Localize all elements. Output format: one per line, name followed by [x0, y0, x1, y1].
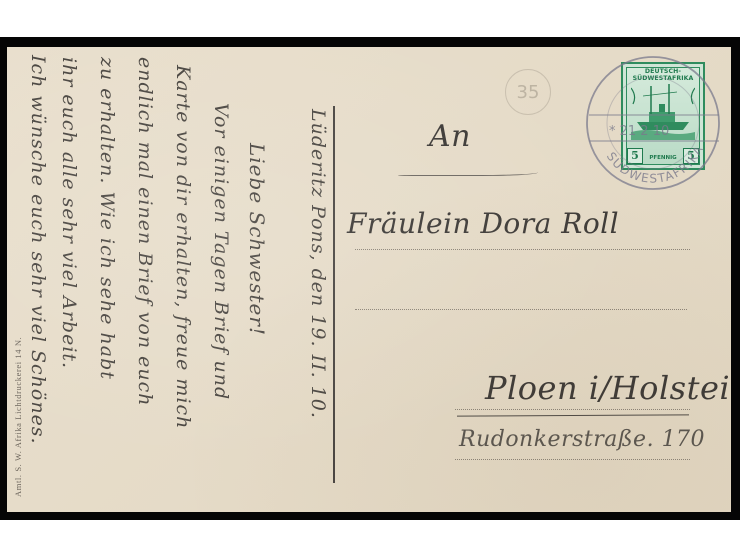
- message-greeting: Liebe Schwester!: [245, 143, 269, 336]
- stamp-value-left: 5: [627, 148, 643, 164]
- center-divider: [333, 106, 335, 483]
- pencil-note: 35: [505, 69, 551, 115]
- recipient-name: Fräulein Dora Roll: [347, 207, 619, 240]
- message-line: Vor einigen Tagen Brief und: [210, 103, 232, 400]
- publisher-imprint: Amtl. S. W. Afrika Lichtdruckerei 14 N.: [13, 337, 23, 497]
- address-line-2: [355, 309, 687, 310]
- recipient-city: Ploen i/Holstein: [485, 369, 731, 407]
- city-underline: [457, 414, 689, 416]
- message-line: Karte von dir erhalten, freue mich: [172, 65, 194, 429]
- stamp-denomination: PFENNIG: [643, 155, 683, 161]
- message-line: ihr euch alle sehr viel Arbeit.: [58, 57, 80, 369]
- message-line: endlich mal einen Brief von euch: [134, 57, 156, 407]
- address-line-1: [355, 249, 690, 250]
- message-line: Ich wünsche euch sehr viel Schönes.: [27, 55, 49, 445]
- ship-icon: [631, 82, 695, 140]
- recipient-street: Rudonkerstraße. 170: [459, 427, 705, 452]
- salutation-underline: [398, 167, 538, 176]
- salutation: An: [429, 119, 471, 154]
- address-line-3: [455, 409, 690, 410]
- stamp-country: DEUTSCH-SÜDWESTAFRIKA: [625, 68, 701, 82]
- stamp-value-right: 5: [683, 148, 699, 164]
- postcard: Amtl. S. W. Afrika Lichtdruckerei 14 N. …: [7, 47, 731, 512]
- message-line: zu erhalten. Wie ich sehe habt: [96, 57, 118, 380]
- address-line-4: [455, 459, 690, 460]
- message-header: Lüderitz Pons, den 19. II. 10.: [307, 109, 329, 419]
- postage-stamp: DEUTSCH-SÜDWESTAFRIKA 5 PFENNIG 5: [621, 62, 705, 170]
